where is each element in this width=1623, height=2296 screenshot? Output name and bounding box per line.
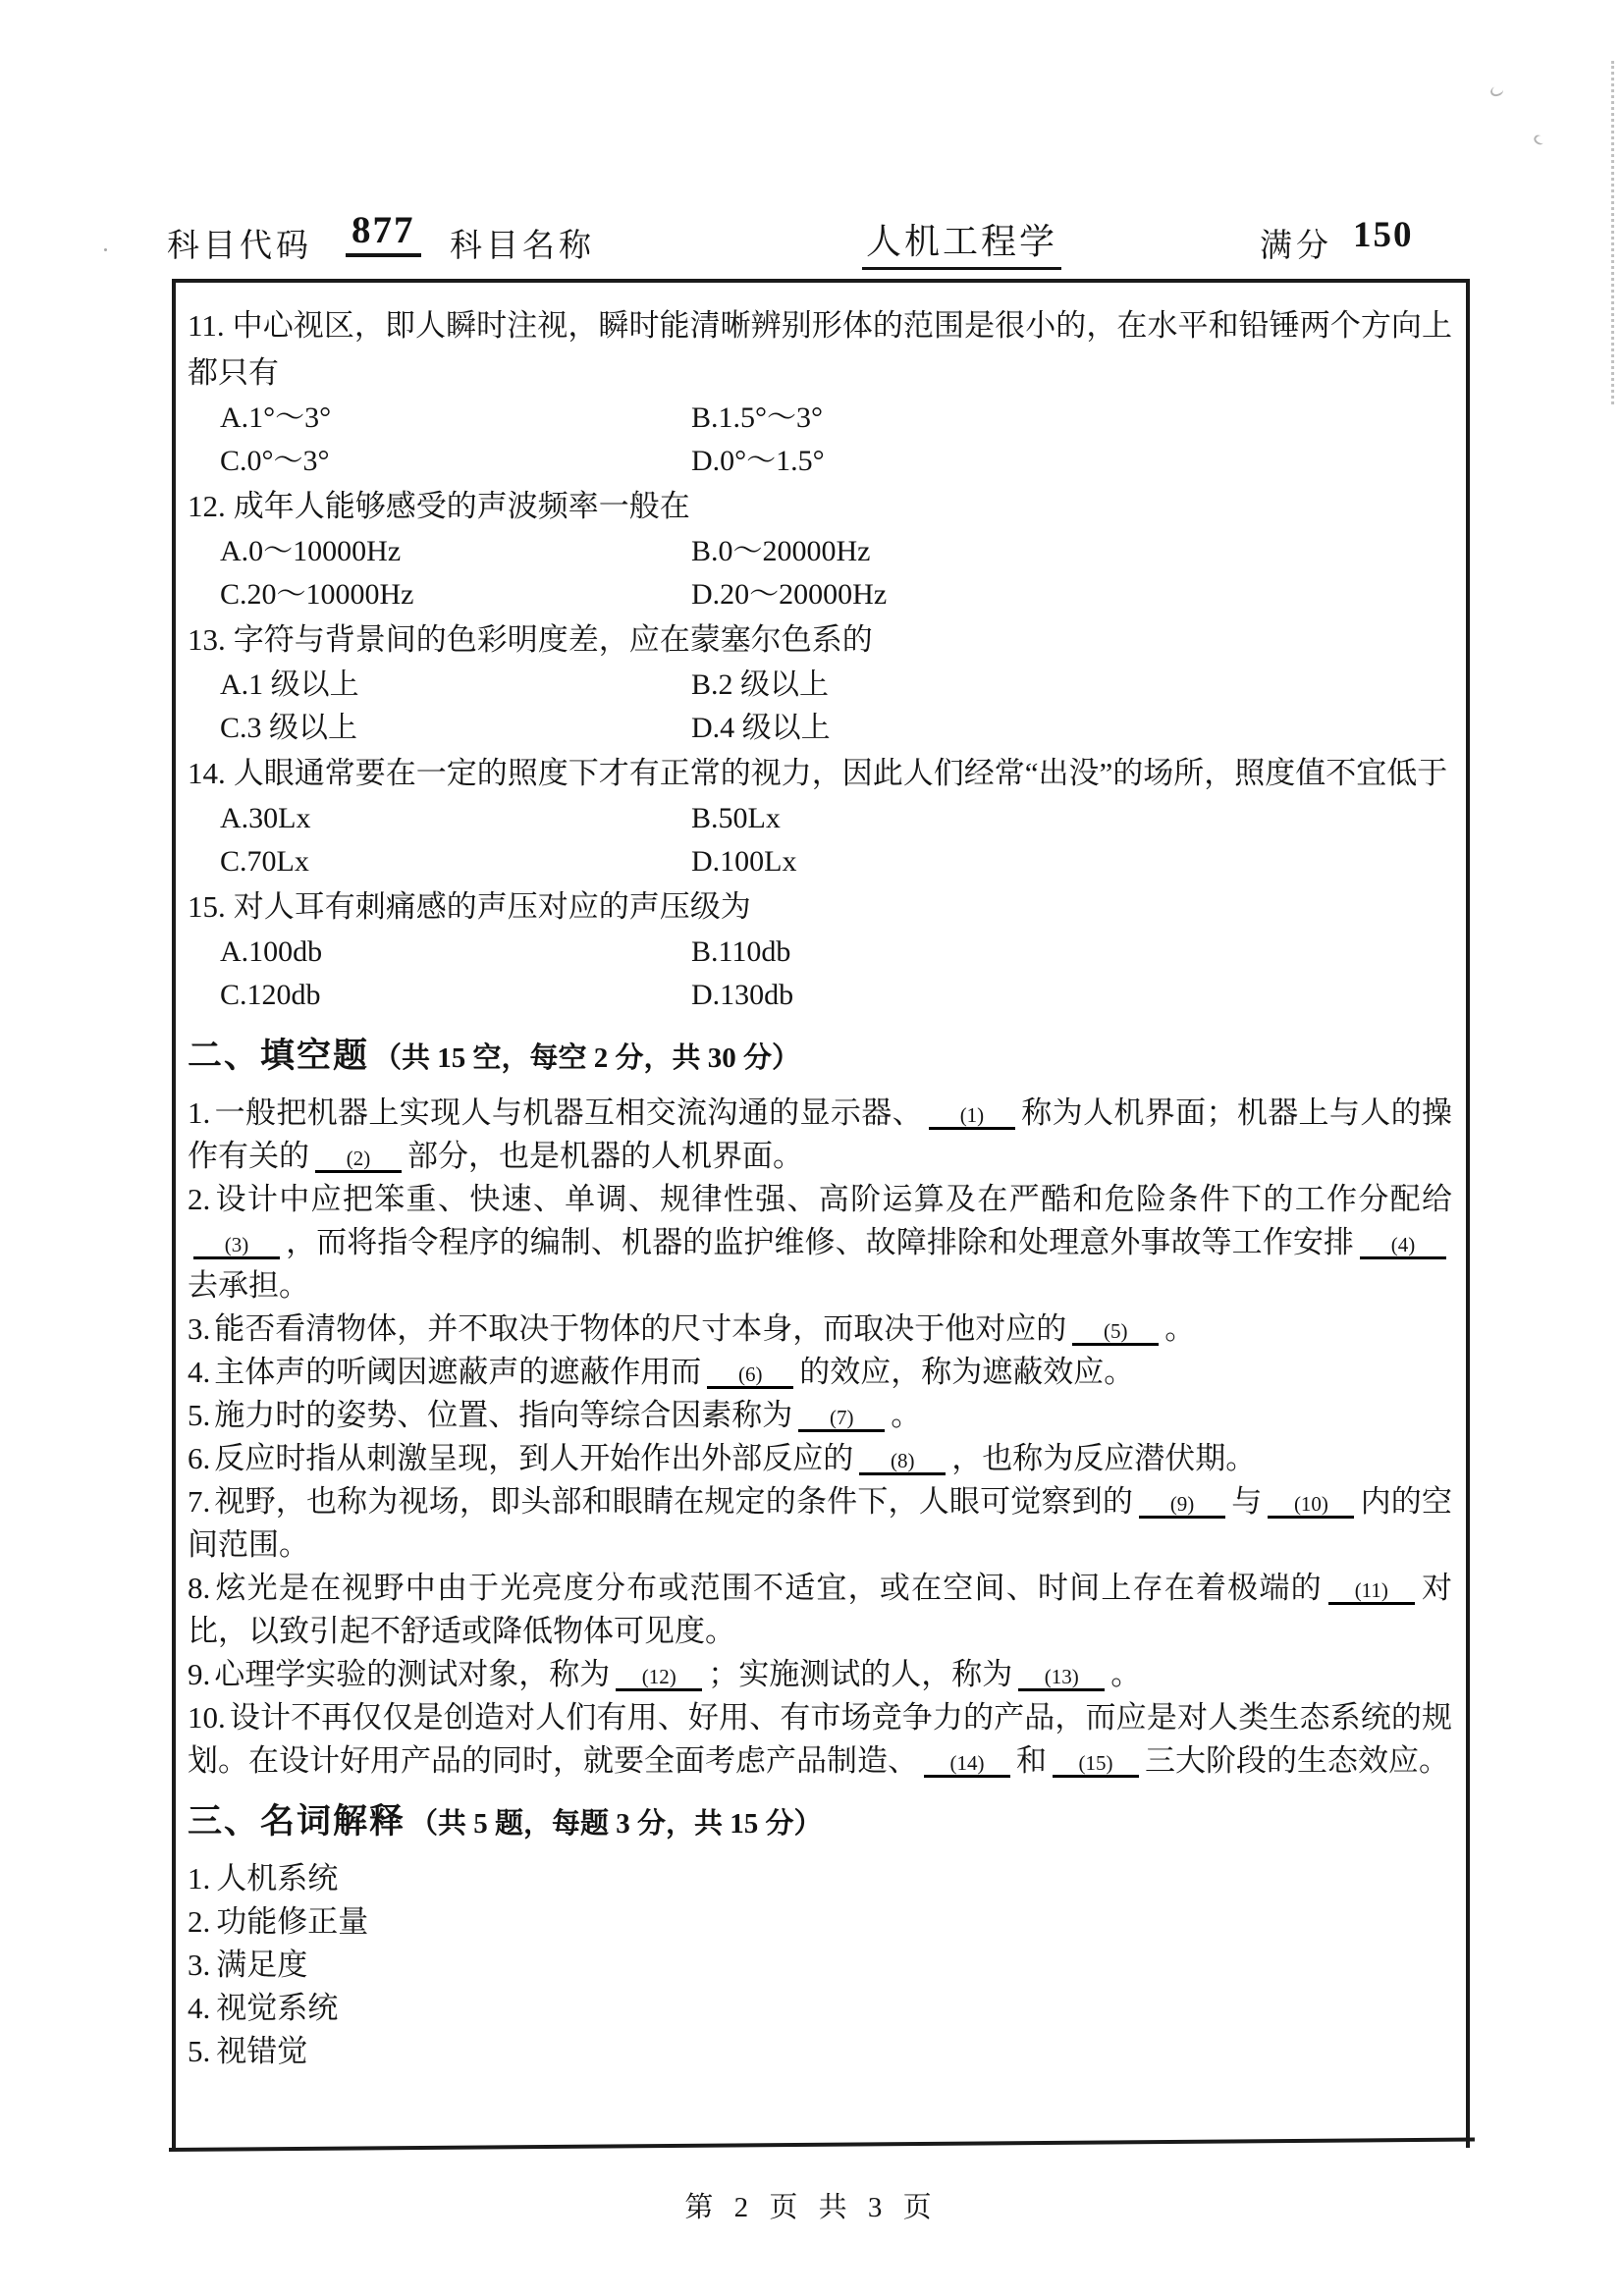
item-text-segment: 的效应，称为遮蔽效应。 [799,1355,1134,1389]
question-line: 15.对人耳有刺痛感的声压对应的声压级为 [188,883,1452,931]
section-note: （共 15 空，每空 2 分，共 30 分） [373,1042,800,1074]
option-d: D.130db [691,974,1452,1017]
question-text: 成年人能够感受的声波频率一般在 [234,489,690,523]
term-text: 视错觉 [216,2034,307,2068]
item-text-segment: 三大阶段的生态效应。 [1145,1743,1449,1778]
subject-name-label: 科目名称 [450,220,595,266]
fill-item: 9.心理学实验的测试对象，称为(12)；实施测试的人，称为(13)。 [188,1653,1452,1696]
option-a: A.0～10000Hz [220,530,691,573]
item-text-segment: 去承担。 [188,1268,309,1303]
subject-name-value: 人机工程学 [862,214,1061,270]
blank-field: (3) [193,1234,280,1259]
full-score-value: 150 [1353,214,1414,256]
item-number: 2. [188,1182,210,1216]
section-note: （共 5 题，每题 3 分，共 15 分） [409,1808,823,1840]
option-d: D.4 级以上 [691,707,1452,750]
question-number: 11. [188,308,225,343]
term-number: 2. [188,1904,210,1939]
item-text-segment: 炫光是在视野中由于光亮度分布或范围不适宜，或在空间、时间上存在着极端的 [214,1571,1323,1605]
mcq-question: 12.成年人能够感受的声波频率一般在A.0～10000HzB.0～20000Hz… [188,483,1452,616]
blank-field: (8) [859,1450,946,1475]
question-line: 11.中心视区，即人瞬时注视，瞬时能清晰辨别形体的范围是很小的，在水平和铅锤两个… [188,302,1452,397]
option-a: A.100db [220,931,691,974]
question-text: 对人耳有刺痛感的声压对应的声压级为 [234,889,751,924]
scan-artifact-speck [104,248,107,251]
item-text-segment: 。 [891,1398,921,1432]
option-c: C.3 级以上 [220,707,691,750]
options-grid: A.0～10000HzB.0～20000HzC.20～10000HzD.20～2… [220,530,1452,616]
term-item: 1.人机系统 [188,1857,1452,1900]
full-score-label: 满分 [1260,220,1332,266]
item-number: 3. [188,1311,210,1346]
option-c: C.0°～3° [220,440,691,483]
item-text-segment: 。 [1110,1657,1141,1691]
question-line: 13.字符与背景间的色彩明度差，应在蒙塞尔色系的 [188,616,1452,664]
fill-item: 2.设计中应把笨重、快速、单调、规律性强、高阶运算及在严酷和危险条件下的工作分配… [188,1178,1452,1308]
fill-item: 7.视野，也称为视场，即头部和眼睛在规定的条件下，人眼可觉察到的(9)与(10)… [188,1480,1452,1567]
fill-item: 4.主体声的听阈因遮蔽声的遮蔽作用而(6)的效应，称为遮蔽效应。 [188,1351,1452,1394]
option-a: A.30Lx [220,797,691,840]
item-text-segment: ，而将指令程序的编制、机器的监护维修、故障排除和处理意外事故等工作安排 [286,1225,1354,1259]
item-text-segment: ；实施测试的人，称为 [708,1657,1012,1691]
fill-items: 1.一般把机器上实现人与机器互相交流沟通的显示器、(1)称为人机界面；机器上与人… [188,1092,1452,1783]
term-items: 1.人机系统2.功能修正量3.满足度4.视觉系统5.视错觉 [188,1857,1452,2073]
option-b: B.1.5°～3° [691,397,1452,440]
term-item: 2.功能修正量 [188,1900,1452,1944]
item-text-segment: 。 [1164,1311,1195,1346]
scan-artifact-dotted-line [1611,61,1614,404]
section-title: 三、名词解释 [188,1802,406,1841]
term-text: 满足度 [216,1948,307,1982]
options-grid: A.100dbB.110dbC.120dbD.130db [220,931,1452,1017]
scanned-exam-page: 科目代码 877 科目名称 人机工程学 满分 150 11.中心视区，即人瞬时注… [0,0,1623,2296]
item-number: 9. [188,1657,210,1691]
option-b: B.0～20000Hz [691,530,1452,573]
option-b: B.50Lx [691,797,1452,840]
item-number: 8. [188,1571,210,1605]
fill-item: 3.能否看清物体，并不取决于物体的尺寸本身，而取决于他对应的(5)。 [188,1308,1452,1351]
question-line: 14.人眼通常要在一定的照度下才有正常的视力，因此人们经常“出没”的场所，照度值… [188,750,1452,797]
subject-code-value: 877 [346,208,421,257]
item-text-segment: 能否看清物体，并不取决于物体的尺寸本身，而取决于他对应的 [214,1311,1066,1346]
item-text-segment: 施力时的姿势、位置、指向等综合因素称为 [214,1398,792,1432]
option-d: D.20～20000Hz [691,573,1452,616]
item-number: 1. [188,1095,210,1130]
option-d: D.0°～1.5° [691,440,1452,483]
scan-artifact-speck [1489,84,1504,97]
term-number: 1. [188,1861,210,1896]
item-number: 5. [188,1398,210,1432]
item-text-segment: 心理学实验的测试对象，称为 [214,1657,610,1691]
blank-field: (6) [707,1363,793,1389]
question-number: 12. [188,489,226,523]
terms-section-heading: 三、名词解释（共 5 题，每题 3 分，共 15 分） [188,1798,1452,1847]
question-line: 12.成年人能够感受的声波频率一般在 [188,483,1452,530]
fill-item: 5.施力时的姿势、位置、指向等综合因素称为(7)。 [188,1394,1452,1437]
blank-field: (10) [1268,1493,1354,1519]
item-text-segment: 与 [1231,1484,1262,1519]
blank-field: (4) [1360,1234,1446,1259]
mcq-question: 15.对人耳有刺痛感的声压对应的声压级为A.100dbB.110dbC.120d… [188,883,1452,1017]
blank-field: (15) [1053,1752,1139,1778]
page-footer: 第 2 页 共 3 页 [0,2185,1623,2225]
term-item: 3.满足度 [188,1944,1452,1987]
blank-field: (14) [924,1752,1010,1778]
term-number: 4. [188,1991,210,2025]
question-text: 字符与背景间的色彩明度差，应在蒙塞尔色系的 [234,622,873,657]
section-title: 二、填空题 [188,1037,369,1075]
subject-code-label: 科目代码 [167,220,312,266]
term-number: 3. [188,1948,210,1982]
question-text: 中心视区，即人瞬时注视，瞬时能清晰辨别形体的范围是很小的，在水平和铅锤两个方向上… [188,308,1452,390]
item-number: 7. [188,1484,210,1519]
item-text-segment: 设计中应把笨重、快速、单调、规律性强、高阶运算及在严酷和危险条件下的工作分配给 [214,1182,1452,1216]
fill-item: 8.炫光是在视野中由于光亮度分布或范围不适宜，或在空间、时间上存在着极端的(11… [188,1567,1452,1653]
item-text-segment: 一般把机器上实现人与机器互相交流沟通的显示器、 [214,1095,923,1130]
mcq-question: 14.人眼通常要在一定的照度下才有正常的视力，因此人们经常“出没”的场所，照度值… [188,750,1452,883]
term-number: 5. [188,2034,210,2068]
option-a: A.1°～3° [220,397,691,440]
option-c: C.20～10000Hz [220,573,691,616]
blank-field: (12) [616,1666,702,1691]
blank-field: (7) [798,1407,885,1432]
options-grid: A.1 级以上B.2 级以上C.3 级以上D.4 级以上 [220,664,1452,750]
fill-item: 1.一般把机器上实现人与机器互相交流沟通的显示器、(1)称为人机界面；机器上与人… [188,1092,1452,1178]
item-text-segment: 和 [1016,1743,1047,1778]
term-text: 功能修正量 [216,1904,368,1939]
scan-artifact-speck [1532,133,1545,147]
options-grid: A.30LxB.50LxC.70LxD.100Lx [220,797,1452,883]
mcq-section: 11.中心视区，即人瞬时注视，瞬时能清晰辨别形体的范围是很小的，在水平和铅锤两个… [188,302,1452,1017]
option-c: C.120db [220,974,691,1017]
item-number: 10. [188,1700,226,1735]
term-text: 视觉系统 [216,1991,338,2025]
item-text-segment: 主体声的听阈因遮蔽声的遮蔽作用而 [214,1355,701,1389]
item-number: 6. [188,1441,210,1475]
item-text-segment: 反应时指从刺激呈现，到人开始作出外部反应的 [214,1441,853,1475]
blank-field: (1) [929,1104,1015,1130]
item-text-segment: 视野，也称为视场，即头部和眼睛在规定的条件下，人眼可觉察到的 [214,1484,1133,1519]
item-number: 4. [188,1355,210,1389]
mcq-question: 11.中心视区，即人瞬时注视，瞬时能清晰辨别形体的范围是很小的，在水平和铅锤两个… [188,302,1452,483]
item-text-segment: 部分，也是机器的人机界面。 [407,1139,803,1173]
fill-item: 6.反应时指从刺激呈现，到人开始作出外部反应的(8)，也称为反应潜伏期。 [188,1437,1452,1480]
term-item: 5.视错觉 [188,2030,1452,2073]
term-item: 4.视觉系统 [188,1987,1452,2030]
blank-field: (9) [1139,1493,1225,1519]
question-number: 15. [188,889,226,924]
options-grid: A.1°～3°B.1.5°～3°C.0°～3°D.0°～1.5° [220,397,1452,483]
fill-item: 10.设计不再仅仅是创造对人们有用、好用、有市场竞争力的产品，而应是对人类生态系… [188,1696,1452,1783]
option-b: B.2 级以上 [691,664,1452,707]
question-number: 13. [188,622,226,657]
blank-field: (11) [1328,1579,1415,1605]
term-text: 人机系统 [216,1861,338,1896]
item-text-segment: ，也称为反应潜伏期。 [951,1441,1256,1475]
question-text: 人眼通常要在一定的照度下才有正常的视力，因此人们经常“出没”的场所，照度值不宜低… [234,756,1448,790]
blank-field: (2) [315,1148,402,1173]
question-number: 14. [188,756,226,790]
option-d: D.100Lx [691,840,1452,883]
blank-field: (13) [1018,1666,1105,1691]
mcq-question: 13.字符与背景间的色彩明度差，应在蒙塞尔色系的A.1 级以上B.2 级以上C.… [188,616,1452,750]
option-c: C.70Lx [220,840,691,883]
fill-section-heading: 二、填空题（共 15 空，每空 2 分，共 30 分） [188,1033,1452,1082]
blank-field: (5) [1072,1320,1159,1346]
option-a: A.1 级以上 [220,664,691,707]
content-box: 11.中心视区，即人瞬时注视，瞬时能清晰辨别形体的范围是很小的，在水平和铅锤两个… [172,279,1470,2148]
option-b: B.110db [691,931,1452,974]
